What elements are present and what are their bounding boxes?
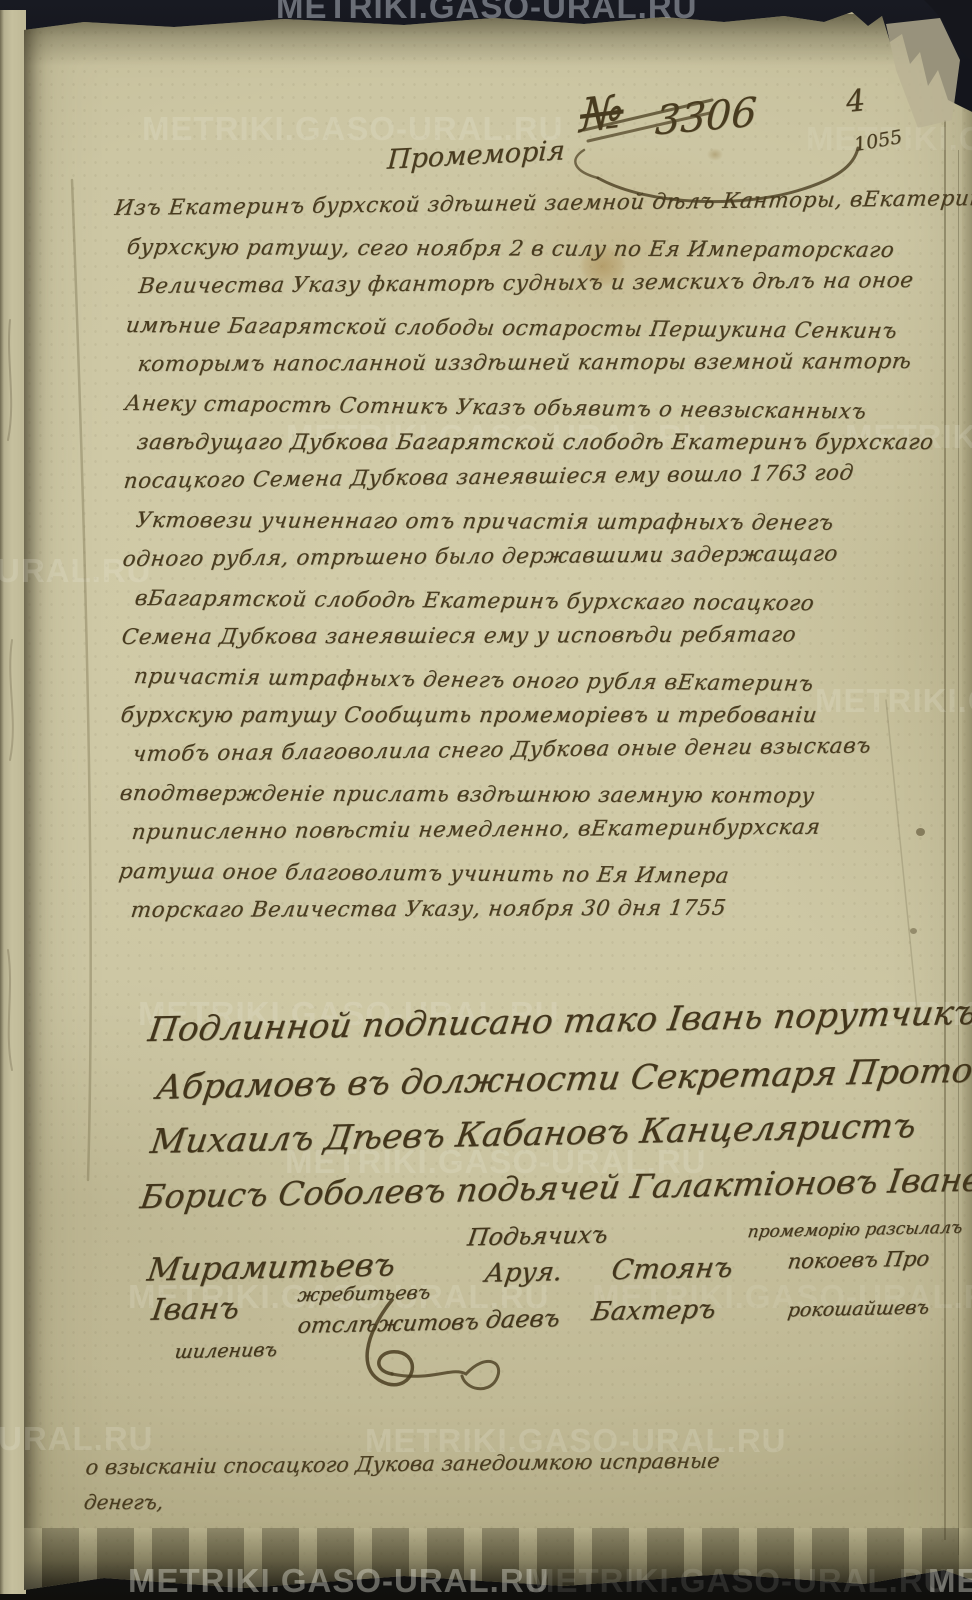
page-edge-line [958,150,959,1555]
manuscript-line: посацкого Семена Дубкова занеявшіеся ему… [121,460,935,508]
signature-text: Стоянъ [610,1251,735,1287]
signature-text: рокошайшевъ [786,1297,930,1322]
manuscript-line: Изъ Екатеринъ бурхской здѣшней заемной д… [112,187,926,235]
manuscript-line: Семена Дубкова занеявшіеся ему у исповѣд… [119,622,934,664]
top-edge-smudge [24,14,972,66]
signature-text: Бахтеръ [590,1295,718,1328]
page-edge-line [944,120,946,1540]
manuscript-line: одного рубля, отрѣшено было державшими з… [120,541,934,586]
manuscript-line: торскаго Величества Указу, ноября 30 дня… [128,895,943,937]
bottom-edge-band [24,1528,972,1600]
manuscript-line: которымъ напосланной изздѣшней канторы в… [135,349,950,391]
signature-text: даевъ [484,1304,562,1334]
signature-text: отслѣжитовъ [296,1310,481,1339]
right-page-edges [962,95,972,1588]
signature-text: Мирамитьевъ [145,1245,398,1288]
signature-text: Аруя. [483,1257,564,1289]
manuscript-line: Величества Указу фканторѣ судныхъ и земс… [136,268,950,313]
signature-text: покоевъ Про [786,1247,931,1274]
signature-text: шиленивъ [173,1339,278,1363]
scanned-manuscript-page: METRIKI.GASO-URAL.RU METRIKI.GASO-URAL.R… [0,0,972,1600]
manuscript-line: приписленно повѣстіи немедленно, вЕкатер… [129,814,943,859]
signature-text: Іванъ [149,1291,241,1328]
signature-text: жребитьевъ [296,1282,432,1307]
footnote-line: денегъ, [83,1490,165,1514]
signature-text: Подьячихъ [466,1221,610,1252]
manuscript-line: чтобъ оная благоволила снего Дубкова оны… [130,733,944,781]
adjacent-page-edge [0,10,26,1594]
folio-number: 4 [844,83,867,120]
manuscript-body: Изъ Екатеринъ бурхской здѣшней заемной д… [126,196,936,937]
